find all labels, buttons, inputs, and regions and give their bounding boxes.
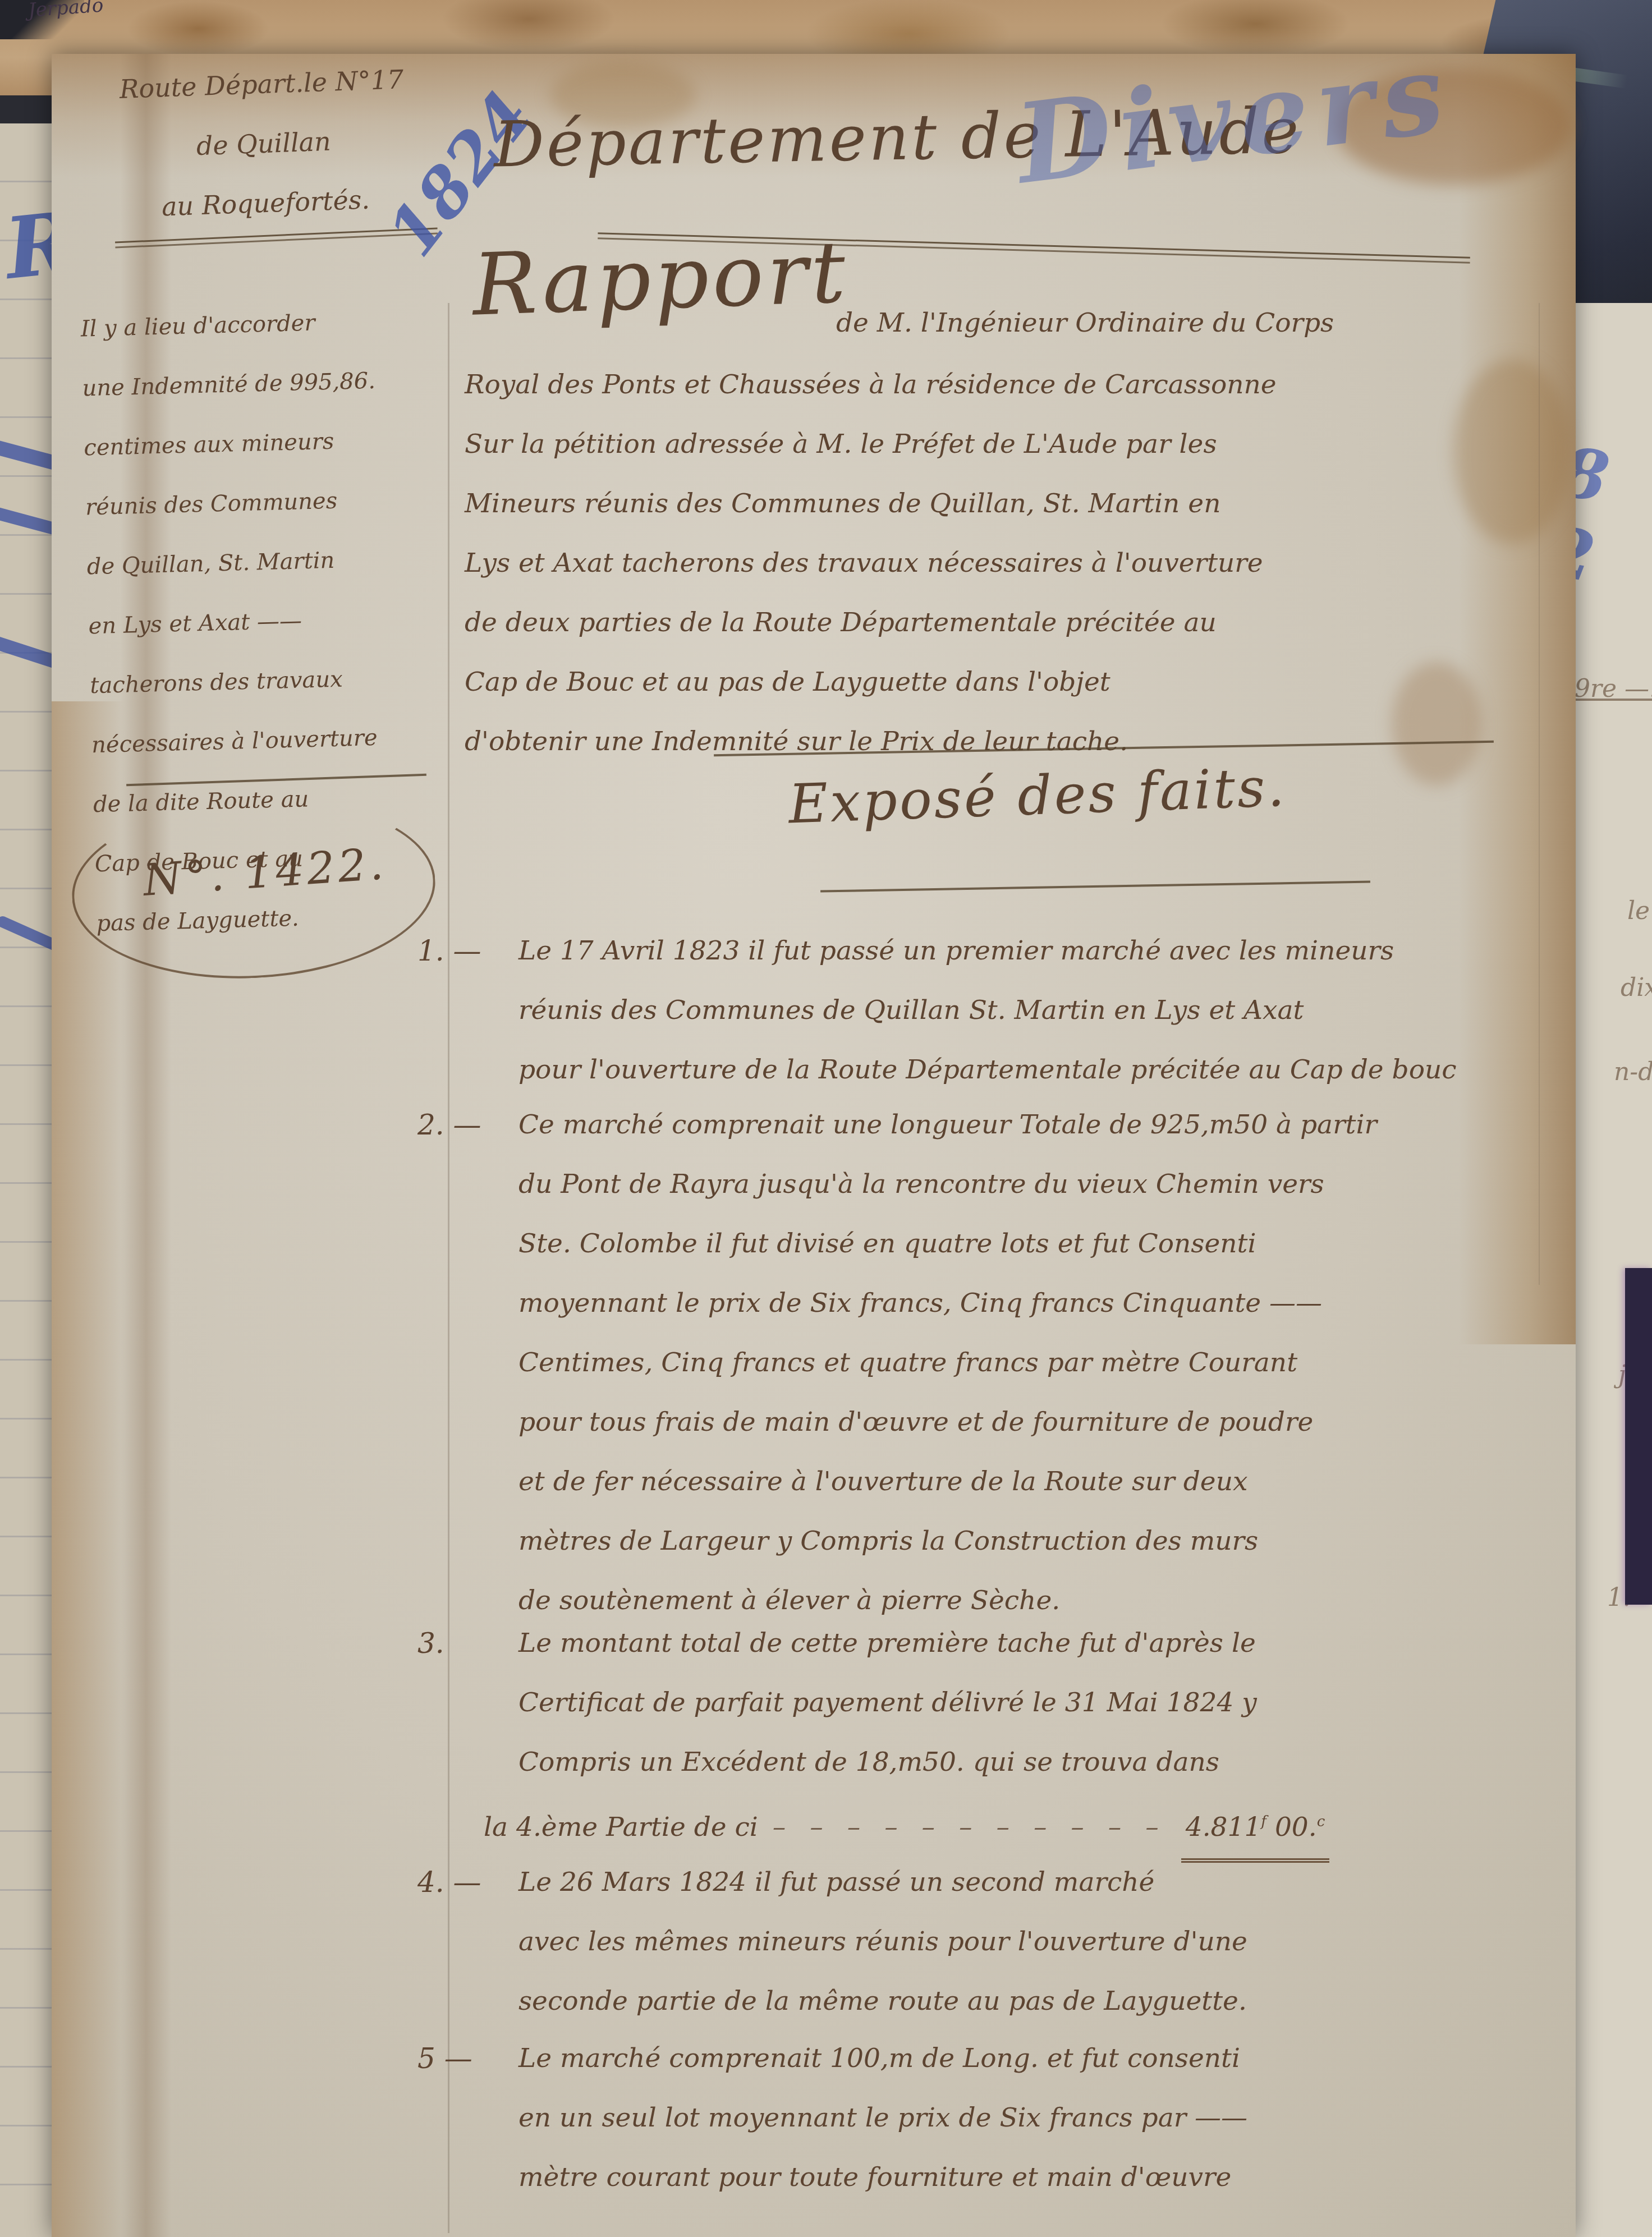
manuscript-line: Cap de Bouc et au pas de Layguette dans … xyxy=(465,654,1598,714)
manuscript-line: de deux parties de la Route Départementa… xyxy=(465,595,1598,654)
item-3-last-line: la 4.ème Partie de ci xyxy=(484,1798,758,1857)
manuscript-line: seconde partie de la même route au pas d… xyxy=(484,1972,1612,2031)
manuscript-line: pour tous frais de main d'œuvre et de fo… xyxy=(484,1393,1612,1452)
manuscript-line: tacherons des travaux xyxy=(89,655,450,724)
opening-first-line: de M. l'Ingénieur Ordinaire du Corps xyxy=(836,307,1334,338)
manuscript-line: moyennant le prix de Six francs, Cinq fr… xyxy=(484,1274,1612,1333)
manuscript-line: nécessaires à l'ouverture xyxy=(91,715,452,784)
opening-word-rapport: Rapport xyxy=(471,222,850,334)
manuscript-line: pour l'ouverture de la Route Département… xyxy=(484,1040,1612,1100)
item-3: 3. Le montant total de cette première ta… xyxy=(484,1614,1612,1852)
item-2-number: 2. — xyxy=(417,1095,481,1155)
amount-francs: 4.811 xyxy=(1186,1812,1261,1843)
item-1-number: 1. — xyxy=(417,921,481,981)
item-2-text: Ce marché comprenait une longueur Totale… xyxy=(484,1095,1612,1630)
manuscript-line: Ce marché comprenait une longueur Totale… xyxy=(484,1095,1612,1155)
item-3-text: Le montant total de cette première tache… xyxy=(484,1614,1612,1792)
item-3-amount-row: la 4.ème Partie de ci – – – – – – – – – … xyxy=(484,1792,1612,1852)
manuscript-line: en un seul lot moyennant le prix de Six … xyxy=(484,2088,1612,2148)
item-5-text: Le marché comprenait 100,m de Long. et f… xyxy=(484,2029,1612,2207)
item-1-text: Le 17 Avril 1823 il fut passé un premier… xyxy=(484,921,1612,1100)
manuscript-line: Compris un Excédent de 18,m50. qui se tr… xyxy=(484,1733,1612,1792)
manuscript-line: de Quillan, St. Martin xyxy=(86,536,447,605)
manuscript-photo: Jerpado R 8 2 9re —. le dix n-de jo 1. R… xyxy=(0,0,1652,2237)
manuscript-line: Sur la pétition adressée à M. le Préfet … xyxy=(465,416,1598,476)
manuscript-line: réunis des Communes de Quillan St. Marti… xyxy=(484,981,1612,1040)
item-4-text: Le 26 Mars 1824 il fut passé un second m… xyxy=(484,1853,1612,2031)
manuscript-line: Centimes, Cinq francs et quatre francs p… xyxy=(484,1333,1612,1393)
manuscript-line: Lys et Axat tacherons des travaux nécess… xyxy=(465,535,1598,595)
item-5: 5 — Le marché comprenait 100,m de Long. … xyxy=(484,2029,1612,2207)
centimes-superscript: c xyxy=(1317,1813,1325,1830)
manuscript-line: Royal des Ponts et Chaussées à la réside… xyxy=(465,357,1598,416)
manuscript-line: centimes aux mineurs xyxy=(83,417,444,486)
text-fragment: le xyxy=(1627,897,1650,925)
item-1: 1. — Le 17 Avril 1823 il fut passé un pr… xyxy=(484,921,1612,1100)
manuscript-line: Le montant total de cette première tache… xyxy=(484,1614,1612,1673)
item-3-number: 3. xyxy=(417,1614,444,1673)
manuscript-line: Ste. Colombe il fut divisé en quatre lot… xyxy=(484,1214,1612,1274)
margin-rule-line xyxy=(448,303,449,2233)
amount-value: 4.811f 00.c xyxy=(1181,1792,1329,1863)
manuscript-line: et de fer nécessaire à l'ouverture de la… xyxy=(484,1452,1612,1512)
manuscript-line: Il y a lieu d'accorder xyxy=(80,298,441,368)
manuscript-line: Mineurs réunis des Communes de Quillan, … xyxy=(465,476,1598,535)
manuscript-line: Le 17 Avril 1823 il fut passé un premier… xyxy=(484,921,1612,981)
manuscript-line: Le marché comprenait 100,m de Long. et f… xyxy=(484,2029,1612,2088)
manuscript-line: mètre courant pour toute fourniture et m… xyxy=(484,2148,1612,2207)
item-4-number: 4. — xyxy=(417,1853,481,1912)
opening-paragraph: Royal des Ponts et Chaussées à la réside… xyxy=(465,357,1598,773)
item-2: 2. — Ce marché comprenait une longueur T… xyxy=(484,1095,1612,1630)
amount-centimes: 00. xyxy=(1275,1812,1317,1843)
text-fragment: dix xyxy=(1621,973,1652,1002)
manuscript-line: avec les mêmes mineurs réunis pour l'ouv… xyxy=(484,1912,1612,1972)
manuscript-line: réunis des Communes xyxy=(85,477,446,546)
manuscript-line: du Pont de Rayra jusqu'à la rencontre du… xyxy=(484,1155,1612,1214)
manuscript-line: Certificat de parfait payement délivré l… xyxy=(484,1673,1612,1733)
item-5-number: 5 — xyxy=(417,2029,472,2088)
dotted-leader: – – – – – – – – – – – xyxy=(773,1798,1167,1857)
text-fragment: n-de xyxy=(1614,1058,1652,1086)
manuscript-line: en Lys et Axat —— xyxy=(88,596,449,665)
dark-gap-sliver xyxy=(1625,1268,1652,1605)
francs-superscript: f xyxy=(1261,1813,1266,1830)
manuscript-line: une Indemnité de 995,86. xyxy=(82,358,443,427)
item-4: 4. — Le 26 Mars 1824 il fut passé un sec… xyxy=(484,1853,1612,2031)
manuscript-line: Le 26 Mars 1824 il fut passé un second m… xyxy=(484,1853,1612,1912)
manuscript-line: mètres de Largeur y Compris la Construct… xyxy=(484,1512,1612,1571)
